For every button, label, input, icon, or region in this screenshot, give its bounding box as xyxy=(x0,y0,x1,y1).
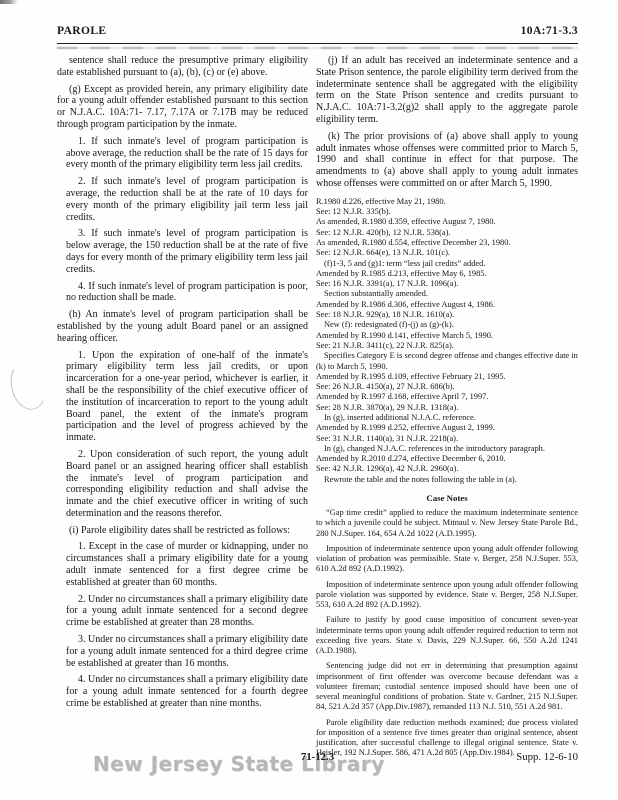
history-note-line: See: 31 N.J.R. 1140(a), 31 N.J.R. 2218(a… xyxy=(316,434,578,444)
statute-paragraph: 1. Upon the expiration of one-half of th… xyxy=(66,350,308,444)
history-notes: R.1980 d.226, effective May 21, 1980. Se… xyxy=(316,197,578,485)
history-note-line: (f)1-3, 5 and (g)1: term “less jail cred… xyxy=(316,259,578,269)
supplement-date: Supp. 12-6-10 xyxy=(516,751,578,763)
case-note-paragraph: Imposition of indeterminate sentence upo… xyxy=(316,580,578,611)
statute-paragraph: (h) An inmate's level of program partici… xyxy=(57,309,308,344)
document-body: sentence shall reduce the presumptive pr… xyxy=(57,55,578,764)
history-note-line: See: 12 N.J.R. 420(b), 12 N.J.R. 538(a). xyxy=(316,228,578,238)
header-citation: 10A:71-3.3 xyxy=(521,25,578,37)
statute-paragraph: (k) The prior provisions of (a) above sh… xyxy=(316,131,578,190)
history-note-line: See: 16 N.J.R. 3391(a), 17 N.J.R. 1096(a… xyxy=(316,279,578,289)
case-note-paragraph: Failure to justify by good cause imposit… xyxy=(316,615,578,656)
page-header: PAROLE 10A:71-3.3 xyxy=(57,25,578,37)
history-note-line: Section substantially amended. xyxy=(316,289,578,299)
header-rule-scan-artifact xyxy=(57,47,578,49)
case-note-paragraph: “Gap time credit” applied to reduce the … xyxy=(316,508,578,539)
statute-paragraph: 1. Except in the case of murder or kidna… xyxy=(66,541,308,588)
statute-paragraph: 1. If such inmate's level of program par… xyxy=(66,136,308,171)
history-note-line: Amended by R.2010 d.274, effective Decem… xyxy=(316,454,578,464)
statute-paragraph: (g) Except as provided herein, any prima… xyxy=(57,84,308,131)
history-note-line: R.1980 d.226, effective May 21, 1980. xyxy=(316,197,578,207)
statute-paragraph: (j) If an adult has received an indeterm… xyxy=(316,55,578,126)
history-note-line: Rewrote the table and the notes followin… xyxy=(316,475,578,485)
history-note-line: As amended, R.1980 d.359, effective Augu… xyxy=(316,217,578,227)
page-footer: New Jersey State Library 71-12.3 Supp. 1… xyxy=(57,749,578,789)
statute-paragraph: sentence shall reduce the presumptive pr… xyxy=(57,55,308,79)
header-section-title: PAROLE xyxy=(57,25,106,37)
history-note-line: See: 12 N.J.R. 664(e), 13 N.J.R. 101(c). xyxy=(316,248,578,258)
history-note-line: See: 28 N.J.R. 3870(a), 29 N.J.R. 1318(a… xyxy=(316,403,578,413)
history-note-line: See: 18 N.J.R. 929(a), 18 N.J.R. 1610(a)… xyxy=(316,310,578,320)
case-notes: “Gap time credit” applied to reduce the … xyxy=(316,508,578,759)
history-note-line: Amended by R.1986 d.306, effective Augus… xyxy=(316,300,578,310)
right-column: (j) If an adult has received an indeterm… xyxy=(316,55,578,764)
statute-paragraph: 3. Under no circumstances shall a primar… xyxy=(66,634,308,669)
history-note-line: Amended by R.1997 d.168, effective April… xyxy=(316,392,578,402)
statute-paragraphs: (j) If an adult has received an indeterm… xyxy=(316,55,578,190)
history-note-line: Specifies Category E is second degree of… xyxy=(316,351,578,372)
history-note-line: Amended by R.1999 d.252, effective Augus… xyxy=(316,423,578,433)
statute-paragraph: 2. If such inmate's level of program par… xyxy=(66,176,308,223)
history-note-line: In (g), inserted additional N.J.A.C. ref… xyxy=(316,413,578,423)
case-notes-heading: Case Notes xyxy=(316,493,578,503)
history-note-line: See: 42 N.J.R. 1296(a), 42 N.J.R. 2960(a… xyxy=(316,464,578,474)
left-column: sentence shall reduce the presumptive pr… xyxy=(57,55,308,764)
statute-paragraph: (i) Parole eligibility dates shall be re… xyxy=(57,525,308,537)
history-note-line: As amended, R.1980 d.554, effective Dece… xyxy=(316,238,578,248)
statute-paragraph: 2. Under no circumstances shall a primar… xyxy=(66,594,308,629)
statute-paragraph: 3. If such inmate's level of program par… xyxy=(66,228,308,275)
history-note-line: See: 21 N.J.R. 3411(c), 22 N.J.R. 825(a)… xyxy=(316,341,578,351)
case-note-paragraph: Sentencing judge did not err in determin… xyxy=(316,661,578,712)
header-rule xyxy=(57,43,578,44)
history-note-line: Amended by R.1995 d.109, effective Febru… xyxy=(316,372,578,382)
statute-paragraph: 4. Under no circumstances shall a primar… xyxy=(66,674,308,709)
document-page: PAROLE 10A:71-3.3 sentence shall reduce … xyxy=(0,0,618,800)
case-note-paragraph: Imposition of indeterminate sentence upo… xyxy=(316,544,578,575)
scan-smudge xyxy=(0,0,22,4)
history-note-line: See: 12 N.J.R. 335(b). xyxy=(316,207,578,217)
history-note-line: In (g), changed N.J.A.C. references in t… xyxy=(316,444,578,454)
statute-paragraph: 4. If such inmate's level of program par… xyxy=(66,281,308,305)
history-note-line: Amended by R.1985 d.213, effective May 6… xyxy=(316,269,578,279)
history-note-line: See: 26 N.J.R. 4150(a), 27 N.J.R. 686(b)… xyxy=(316,382,578,392)
scan-artifact-mark xyxy=(6,357,51,413)
statute-paragraph: 2. Upon consideration of such report, th… xyxy=(66,449,308,520)
page-number: 71-12.3 xyxy=(57,751,578,763)
history-note-line: Amended by R.1990 d.141, effective March… xyxy=(316,331,578,341)
history-note-line: New (f): redesignated (f)-(j) as (g)-(k)… xyxy=(316,320,578,330)
